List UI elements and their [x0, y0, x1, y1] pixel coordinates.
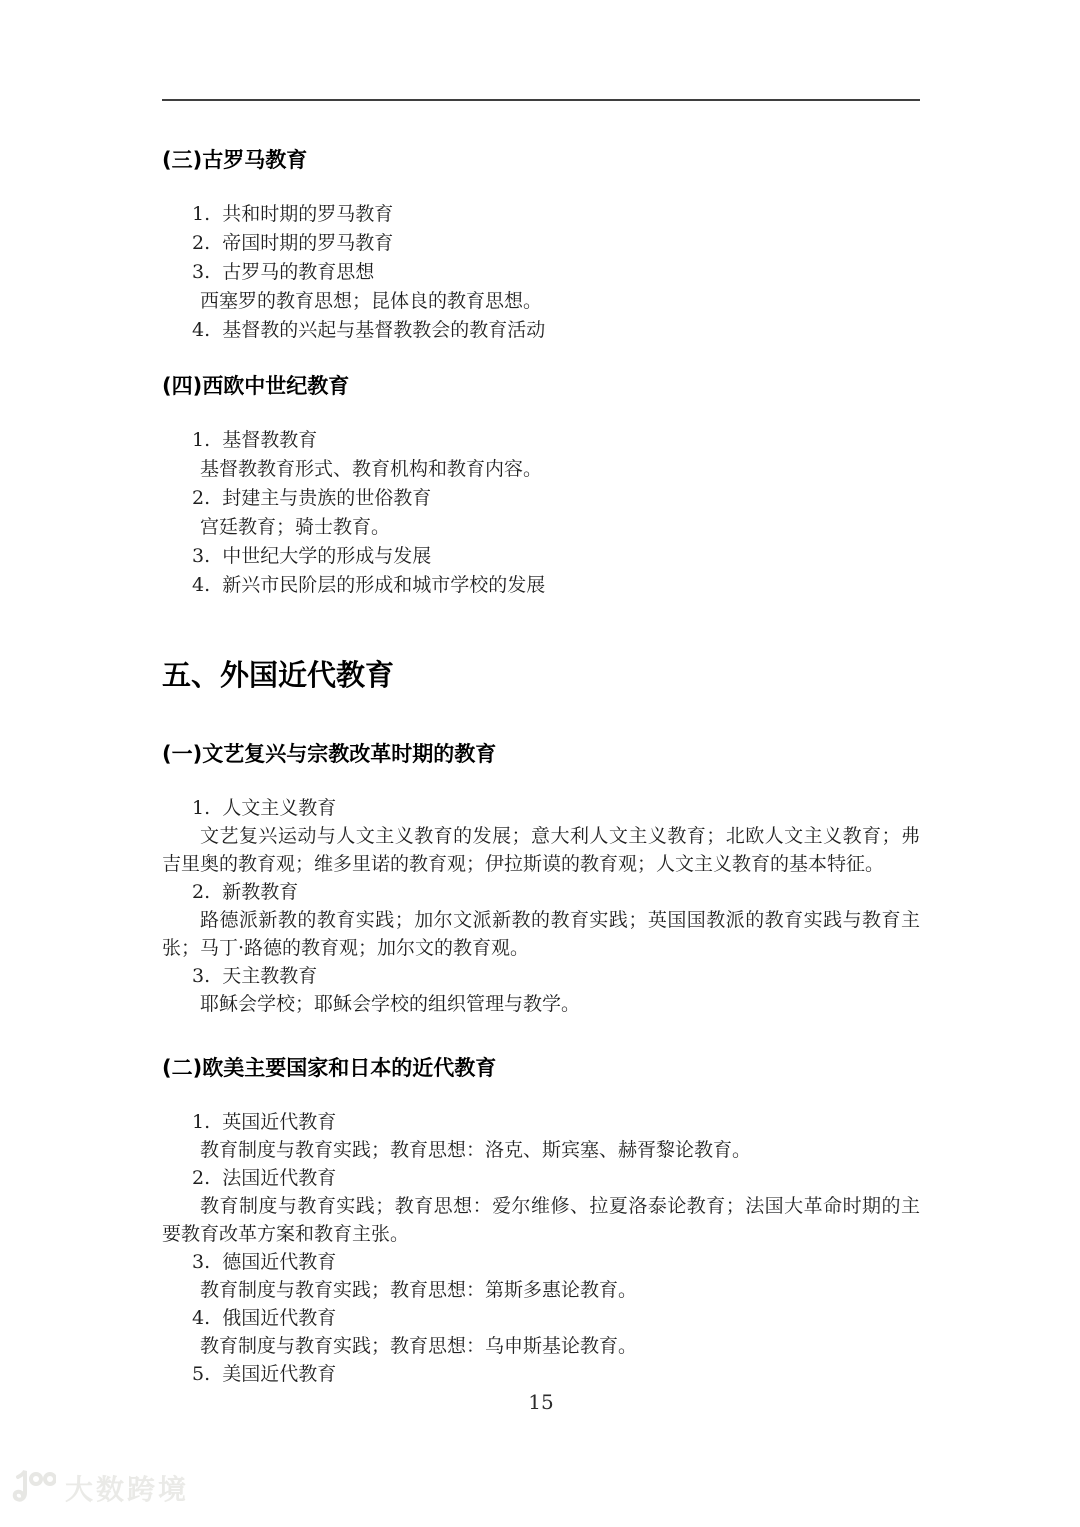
section-body: 1. 英国近代教育 教育制度与教育实践；教育思想：洛克、斯宾塞、赫胥黎论教育。 …: [162, 1108, 920, 1388]
list-item: 3. 天主教教育: [162, 962, 920, 990]
page-content: (三)古罗马教育 1. 共和时期的罗马教育 2. 帝国时期的罗马教育 3. 古罗…: [162, 0, 920, 1388]
section-europe-america-japan-modern-education: (二)欧美主要国家和日本的近代教育 1. 英国近代教育 教育制度与教育实践；教育…: [162, 1055, 920, 1388]
paragraph: 教育制度与教育实践；教育思想：第斯多惠论教育。: [162, 1276, 920, 1304]
section-body: 1. 共和时期的罗马教育 2. 帝国时期的罗马教育 3. 古罗马的教育思想 西塞…: [162, 200, 920, 345]
section-heading: (一)文艺复兴与宗教改革时期的教育: [162, 741, 920, 768]
list-item: 3. 中世纪大学的形成与发展: [162, 542, 920, 571]
section-renaissance-reformation-education: (一)文艺复兴与宗教改革时期的教育 1. 人文主义教育 文艺复兴运动与人文主义教…: [162, 741, 920, 1018]
section-medieval-western-europe-education: (四)西欧中世纪教育 1. 基督教教育 基督教教育形式、教育机构和教育内容。 2…: [162, 373, 920, 600]
list-item: 4. 新兴市民阶层的形成和城市学校的发展: [162, 571, 920, 600]
section-body: 1. 人文主义教育 文艺复兴运动与人文主义教育的发展；意大利人文主义教育；北欧人…: [162, 794, 920, 1018]
list-item: 3. 德国近代教育: [162, 1248, 920, 1276]
document-page: (三)古罗马教育 1. 共和时期的罗马教育 2. 帝国时期的罗马教育 3. 古罗…: [0, 0, 1080, 1527]
section-ancient-rome-education: (三)古罗马教育 1. 共和时期的罗马教育 2. 帝国时期的罗马教育 3. 古罗…: [162, 147, 920, 345]
section-body: 1. 基督教教育 基督教教育形式、教育机构和教育内容。 2. 封建主与贵族的世俗…: [162, 426, 920, 600]
paragraph: 西塞罗的教育思想；昆体良的教育思想。: [162, 287, 920, 316]
section-heading: (四)西欧中世纪教育: [162, 373, 920, 400]
list-item: 2. 帝国时期的罗马教育: [162, 229, 920, 258]
paragraph: 教育制度与教育实践；教育思想：洛克、斯宾塞、赫胥黎论教育。: [162, 1136, 920, 1164]
chapter-heading-foreign-modern-education: 五、外国近代教育: [162, 657, 920, 693]
header-rule: [162, 99, 920, 101]
list-item: 2. 新教教育: [162, 878, 920, 906]
section-heading: (三)古罗马教育: [162, 147, 920, 174]
list-item: 1. 基督教教育: [162, 426, 920, 455]
dashu-100-logo-icon: [12, 1469, 56, 1507]
paragraph: 耶稣会学校；耶稣会学校的组织管理与教学。: [162, 990, 920, 1018]
page-number: 15: [162, 1390, 920, 1414]
paragraph: 文艺复兴运动与人文主义教育的发展；意大利人文主义教育；北欧人文主义教育；弗吉里奥…: [162, 822, 920, 878]
list-item: 4. 基督教的兴起与基督教教会的教育活动: [162, 316, 920, 345]
list-item: 1. 人文主义教育: [162, 794, 920, 822]
watermark-brand-text: 大数跨境: [65, 1468, 189, 1508]
paragraph: 宫廷教育；骑士教育。: [162, 513, 920, 542]
list-item: 4. 俄国近代教育: [162, 1304, 920, 1332]
list-item: 1. 共和时期的罗马教育: [162, 200, 920, 229]
list-item: 2. 法国近代教育: [162, 1164, 920, 1192]
list-item: 5. 美国近代教育: [162, 1360, 920, 1388]
paragraph: 教育制度与教育实践；教育思想：爱尔维修、拉夏洛泰论教育；法国大革命时期的主要教育…: [162, 1192, 920, 1248]
paragraph: 教育制度与教育实践；教育思想：乌申斯基论教育。: [162, 1332, 920, 1360]
watermark: 大数跨境: [12, 1468, 189, 1508]
list-item: 1. 英国近代教育: [162, 1108, 920, 1136]
section-heading: (二)欧美主要国家和日本的近代教育: [162, 1055, 920, 1082]
list-item: 3. 古罗马的教育思想: [162, 258, 920, 287]
list-item: 2. 封建主与贵族的世俗教育: [162, 484, 920, 513]
paragraph: 路德派新教的教育实践；加尔文派新教的教育实践；英国国教派的教育实践与教育主张；马…: [162, 906, 920, 962]
paragraph: 基督教教育形式、教育机构和教育内容。: [162, 455, 920, 484]
